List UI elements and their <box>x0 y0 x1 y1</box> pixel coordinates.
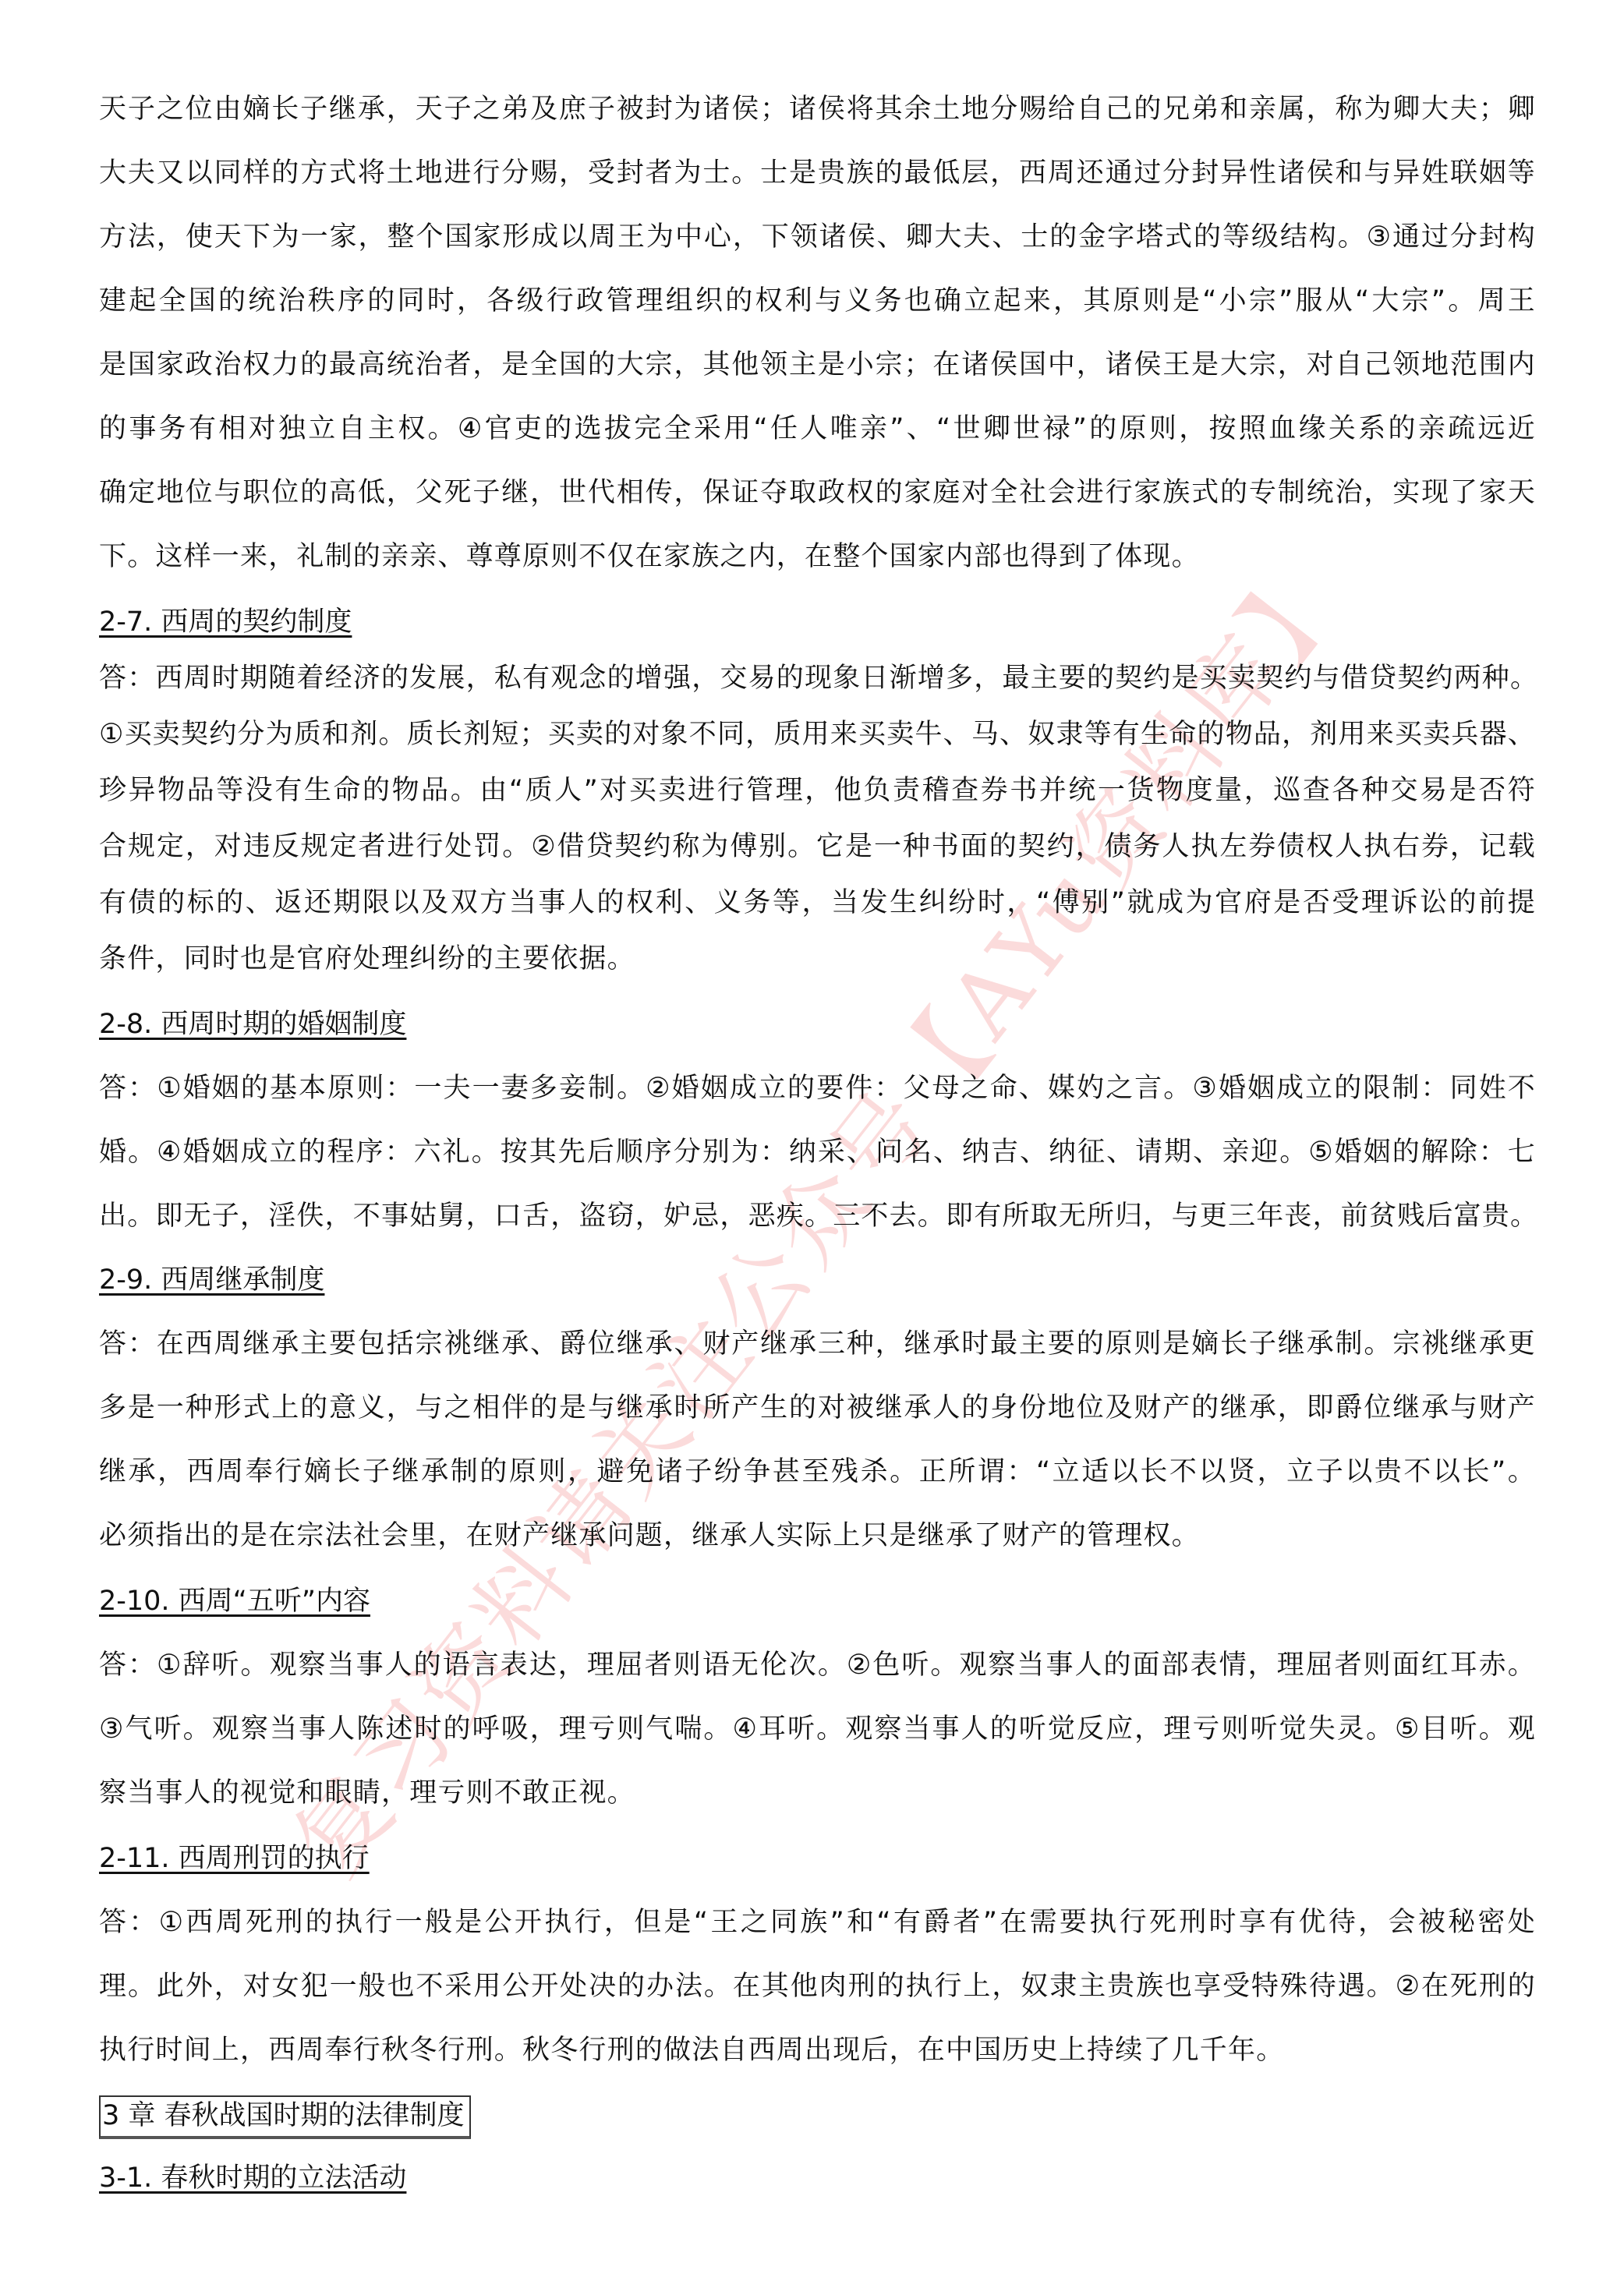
section-heading: 2-11. 西周刑罚的执行 <box>99 1841 370 1876</box>
text-line: ①买卖契约分为质和剂。质长剂短；买卖的对象不同，质用来买卖牛、马、奴隶等有生命的… <box>99 717 1536 751</box>
section-heading: 2-10. 西周“五听”内容 <box>99 1584 370 1618</box>
text-line: 合规定，对违反规定者进行处罚。②借贷契约称为傅别。它是一种书面的契约，债务人执左… <box>99 829 1536 864</box>
text-line: 确定地位与职位的高低，父死子继，世代相传，保证夺取政权的家庭对全社会进行家族式的… <box>99 476 1536 510</box>
chapter-title: 3 章 春秋战国时期的法律制度 <box>99 2095 471 2139</box>
text-line: 继承，西周奉行嫡长子继承制的原则，避免诸子纷争甚至残杀。正所谓：“立适以长不以贤… <box>99 1455 1536 1489</box>
text-line: 下。这样一来，礼制的亲亲、尊尊原则不仅在家族之内，在整个国家内部也得到了体现。 <box>99 539 1200 574</box>
text-line: 理。此外，对女犯一般也不采用公开处决的办法。在其他肉刑的执行上，奴隶主贵族也享受… <box>99 1969 1536 2003</box>
text-line: 答：①婚姻的基本原则：一夫一妻多妾制。②婚姻成立的要件：父母之命、媒妁之言。③婚… <box>99 1071 1536 1105</box>
section-heading: 2-8. 西周时期的婚姻制度 <box>99 1007 406 1041</box>
text-line: 多是一种形式上的意义，与之相伴的是与继承时所产生的对被继承人的身份地位及财产的继… <box>99 1391 1536 1425</box>
text-line: 建起全国的统治秩序的同时，各级行政管理组织的权利与义务也确立起来，其原则是“小宗… <box>99 284 1536 318</box>
text-line: 答：在西周继承主要包括宗祧继承、爵位继承、财产继承三种，继承时最主要的原则是嫡长… <box>99 1327 1536 1361</box>
section-heading: 2-9. 西周继承制度 <box>99 1263 324 1297</box>
text-line: 答：①辞听。观察当事人的语言表达，理屈者则语无伦次。②色听。观察当事人的面部表情… <box>99 1648 1536 1682</box>
text-line: 执行时间上，西周奉行秋冬行刑。秋冬行刑的做法自西周出现后，在中国历史上持续了几千… <box>99 2033 1284 2067</box>
text-line: 天子之位由嫡长子继承，天子之弟及庶子被封为诸侯；诸侯将其余土地分赐给自己的兄弟和… <box>99 92 1536 126</box>
text-line: 必须指出的是在宗法社会里，在财产继承问题，继承人实际上只是继承了财产的管理权。 <box>99 1519 1200 1553</box>
text-line: ③气听。观察当事人陈述时的呼吸，理亏则气喘。④耳听。观察当事人的听觉反应，理亏则… <box>99 1712 1536 1746</box>
text-line: 方法，使天下为一家，整个国家形成以周王为中心，下领诸侯、卿大夫、士的金字塔式的等… <box>99 220 1536 254</box>
text-line: 出。即无子，淫佚，不事姑舅，口舌，盗窃，妒忌，恶疾。三不去。即有所取无所归，与更… <box>99 1199 1536 1233</box>
text-line: 大夫又以同样的方式将土地进行分赐，受封者为士。士是贵族的最低层，西周还通过分封异… <box>99 156 1536 190</box>
section-heading: 2-7. 西周的契约制度 <box>99 605 352 639</box>
text-line: 是国家政治权力的最高统治者，是全国的大宗，其他领主是小宗；在诸侯国中，诸侯王是大… <box>99 348 1536 382</box>
text-line: 答：西周时期随着经济的发展，私有观念的增强，交易的现象日渐增多，最主要的契约是买… <box>99 661 1536 695</box>
text-line: 的事务有相对独立自主权。④官吏的选拔完全采用“任人唯亲”、“世卿世禄”的原则，按… <box>99 412 1536 446</box>
text-line: 察当事人的视觉和眼睛，理亏则不敢正视。 <box>99 1776 635 1810</box>
text-line: 答：①西周死刑的执行一般是公开执行，但是“王之同族”和“有爵者”在需要执行死刑时… <box>99 1905 1536 1940</box>
text-line: 珍异物品等没有生命的物品。由“质人”对买卖进行管理，他负责稽查券书并统一货物度量… <box>99 773 1536 808</box>
text-line: 婚。④婚姻成立的程序：六礼。按其先后顺序分别为：纳采、问名、纳吉、纳征、请期、亲… <box>99 1135 1536 1169</box>
text-line: 条件，同时也是官府处理纠纷的主要依据。 <box>99 942 635 976</box>
text-line: 有债的标的、返还期限以及双方当事人的权利、义务等，当发生纠纷时，“傅别”就成为官… <box>99 886 1536 920</box>
section-heading: 3-1. 春秋时期的立法活动 <box>99 2161 406 2195</box>
